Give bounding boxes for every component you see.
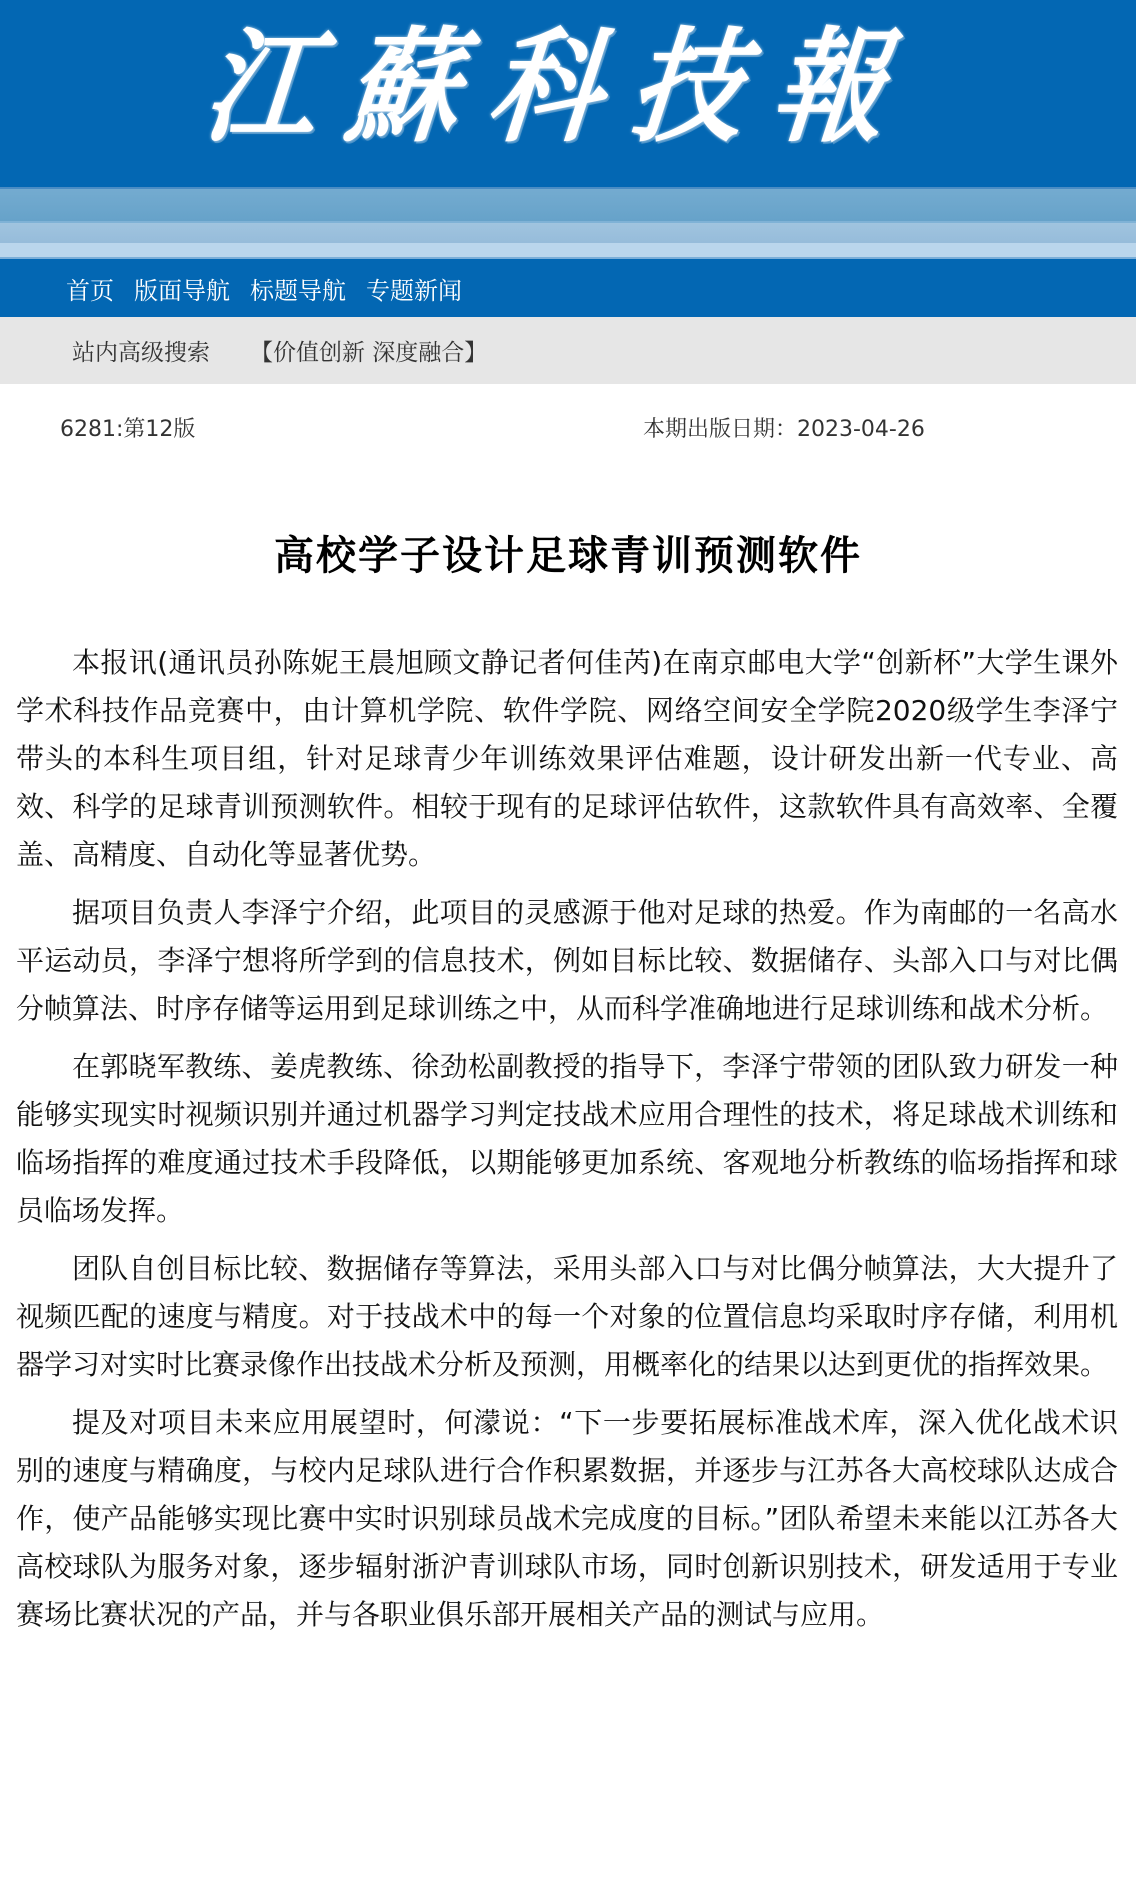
masthead-banner: 江 蘇 科 技 報 bbox=[0, 0, 1136, 187]
logo-char: 科 bbox=[483, 26, 607, 149]
nav-page-navigation[interactable]: 版面导航 bbox=[134, 271, 230, 306]
article-paragraph: 本报讯(通讯员孙陈妮王晨旭顾文静记者何佳芮)在南京邮电大学“创新杯”大学生课外学… bbox=[16, 639, 1118, 879]
article-paragraph: 团队自创目标比较、数据储存等算法，采用头部入口与对比偶分帧算法，大大提升了视频匹… bbox=[16, 1245, 1118, 1389]
stripe-band bbox=[0, 243, 1136, 257]
newspaper-logo[interactable]: 江 蘇 科 技 報 bbox=[205, 18, 885, 158]
search-bar: 站内高级搜索 【价值创新 深度融合】 bbox=[0, 317, 1136, 384]
issue-number: 6281:第12版 bbox=[60, 412, 195, 443]
article-paragraph: 在郭晓军教练、姜虎教练、徐劲松副教授的指导下，李泽宁带领的团队致力研发一种能够实… bbox=[16, 1043, 1118, 1235]
article-body: 本报讯(通讯员孙陈妮王晨旭顾文静记者何佳芮)在南京邮电大学“创新杯”大学生课外学… bbox=[0, 639, 1136, 1639]
article-paragraph: 据项目负责人李泽宁介绍，此项目的灵感源于他对足球的热爱。作为南邮的一名高水平运动… bbox=[16, 889, 1118, 1033]
slogan: 【价值创新 深度融合】 bbox=[250, 334, 487, 367]
advanced-search-link[interactable]: 站内高级搜索 bbox=[72, 334, 210, 367]
logo-char: 報 bbox=[767, 26, 891, 149]
article-paragraph: 提及对项目未来应用展望时，何濛说：“下一步要拓展标准战术库，深入优化战术识别的速… bbox=[16, 1399, 1118, 1639]
stripe-band bbox=[0, 189, 1136, 221]
logo-char: 技 bbox=[625, 26, 749, 149]
stripe-band bbox=[0, 223, 1136, 243]
issue-info: 6281:第12版 本期出版日期：2023-04-26 bbox=[0, 384, 1136, 474]
article-title: 高校学子设计足球青训预测软件 bbox=[0, 524, 1136, 581]
logo-char: 江 bbox=[199, 26, 323, 149]
main-nav: 首页 版面导航 标题导航 专题新闻 bbox=[0, 259, 1136, 317]
nav-home[interactable]: 首页 bbox=[66, 271, 114, 306]
decorative-stripes bbox=[0, 187, 1136, 259]
nav-title-navigation[interactable]: 标题导航 bbox=[250, 271, 346, 306]
publication-date: 本期出版日期：2023-04-26 bbox=[643, 412, 925, 443]
title-container: 高校学子设计足球青训预测软件 bbox=[0, 474, 1136, 639]
logo-char: 蘇 bbox=[341, 26, 465, 149]
nav-special-news[interactable]: 专题新闻 bbox=[366, 271, 462, 306]
